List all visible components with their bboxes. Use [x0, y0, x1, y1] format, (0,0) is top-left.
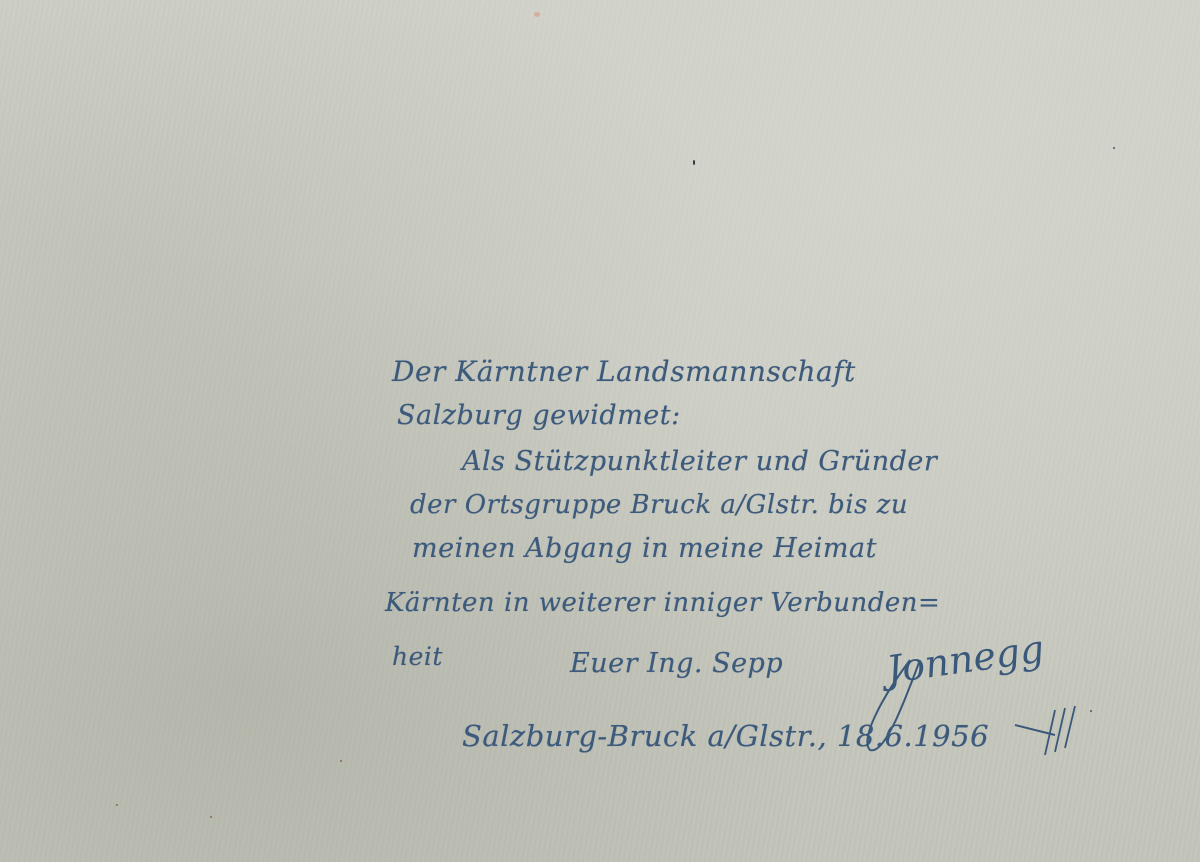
line-5: meinen Abgang in meine Heimat [412, 535, 877, 562]
line-9-place-date: Salzburg-Bruck a/Glstr., 18.6.1956 [462, 722, 989, 751]
line-2: Salzburg gewidmet: [397, 402, 681, 429]
paper-speck [210, 816, 212, 818]
line-3: Als Stützpunktleiter und Gründer [462, 448, 937, 475]
line-6: Kärnten in weiterer inniger Verbunden= [385, 590, 940, 616]
line-4: der Ortsgruppe Bruck a/Glstr. bis zu [410, 492, 908, 518]
line-8-closing: Euer Ing. Sepp [570, 650, 783, 677]
paper-stain [534, 12, 540, 17]
line-7: heit [392, 644, 443, 669]
paper-speck [116, 804, 118, 806]
paper-speck [1113, 147, 1115, 149]
line-1: Der Kärntner Landsmannschaft [392, 358, 856, 386]
paper-speck [340, 760, 342, 762]
paper-speck [693, 160, 695, 165]
